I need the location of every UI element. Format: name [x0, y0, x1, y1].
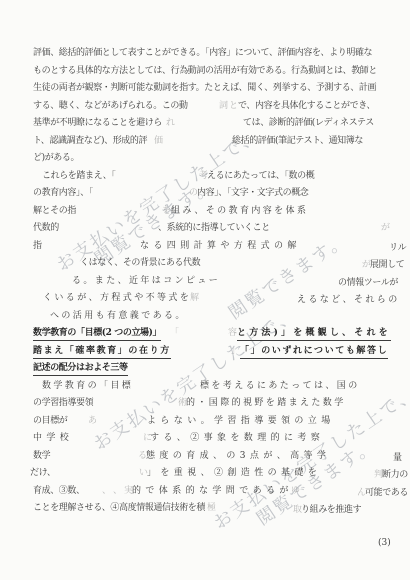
text-fragment: 育成、③数、	[33, 486, 85, 496]
text-fragment: ことを理解させる、④高度情報通信技術を積	[33, 503, 205, 513]
page-number: (3)	[378, 538, 391, 548]
text-fragment: 解	[190, 293, 199, 303]
text-fragment: えるなど、それらの	[297, 295, 400, 305]
text-fragment: ものとする具体的な方法としては、行為動詞の活用が有効である。行為動詞とは、教師と	[33, 66, 377, 76]
text-fragment: あ	[88, 416, 97, 426]
text-fragment: と	[229, 101, 238, 111]
text-fragment: 詞	[219, 101, 228, 111]
text-fragment: の情報ツールが	[338, 278, 398, 288]
text-fragment: 容	[228, 328, 237, 338]
text-fragment: の学習指導要領	[33, 398, 93, 408]
text-fragment: する、②事象を数理的に考察	[150, 433, 324, 443]
text-fragment: くはなく、その背景にある代数	[80, 258, 200, 268]
text-fragment: リル	[389, 243, 406, 253]
text-fragment: 総括的評価(筆記テスト、通知簿な	[232, 136, 363, 146]
text-fragment: り組みを推進す	[301, 505, 361, 515]
text-fragment: ど)がある。	[33, 153, 79, 163]
text-fragment: を	[162, 206, 171, 216]
heading-fragment: 数学教育の「目標(2 つの立場)」	[33, 328, 161, 341]
text-fragment: 態度の育成、の3点が、高等学	[146, 451, 330, 461]
text-fragment: 極	[207, 503, 216, 513]
text-fragment: への活用も有意義である。	[50, 311, 187, 321]
document-page: お支払いを完了した上で、閲覧できます。閲覧できます。お支払いを完了した上で、お支…	[0, 0, 410, 580]
heading-fragment: と方法)」を概観し、それを	[237, 328, 391, 341]
text-fragment: なる四則計算や方程式の解	[140, 241, 301, 251]
text-fragment: 的・国際的視野を踏まえた数学	[186, 398, 346, 408]
text-fragment: 展開して	[370, 260, 404, 270]
text-fragment: れ	[166, 118, 175, 128]
text-fragment: する、聴く、などがあげられる。この動	[33, 101, 188, 111]
text-fragment: 解とその指	[33, 206, 76, 216]
text-fragment: 中学校	[33, 433, 73, 443]
text-fragment: えるにあたっては、「数の概	[207, 171, 314, 181]
text-fragment: 」	[231, 346, 240, 356]
text-fragment: の目標が	[33, 416, 67, 426]
text-fragment: だけ、	[30, 468, 55, 478]
text-fragment: 「	[170, 328, 179, 338]
text-fragment: 価	[154, 136, 163, 146]
text-fragment: る。また、近年はコンピュー	[72, 276, 220, 286]
text-fragment: 指	[33, 241, 42, 251]
heading-fragment: 踏まえ「確率教育」の在り方	[33, 346, 171, 359]
text-fragment: 断力の	[382, 470, 408, 480]
heading-fragment: 「」のいずれについても解答し	[240, 346, 388, 359]
text-fragment: 、	[102, 486, 111, 496]
text-fragment: 基準が不明瞭になることを避けら	[33, 118, 162, 128]
text-fragment: 標を考えるにあたっては、国の	[200, 381, 360, 391]
heading-fragment: 記述の配分はおよそ三等	[33, 363, 128, 376]
text-fragment: 的で体系的な学問であるが	[132, 486, 293, 496]
text-fragment: くいるが、方程式や不等式を	[43, 293, 191, 303]
text-fragment: ト、認識調査など)、形成的評	[33, 136, 147, 146]
text-fragment: これらを踏まえ、「	[42, 171, 115, 181]
text-fragment: よらない。学習指導要領の立場	[147, 416, 335, 426]
text-fragment: 、系統的に指導していくこと	[158, 223, 270, 233]
text-fragment: 可能である	[365, 488, 408, 498]
text-fragment: 評価、総括的評価として表すことができる。「内容」について、評価内容を、より明確な	[33, 48, 372, 58]
text-fragment: ゆ	[291, 486, 300, 496]
text-fragment: 代数的	[33, 223, 59, 233]
text-fragment: 内容」、「文字・文字式の概念	[197, 188, 308, 198]
text-fragment: の教育内容」、「	[33, 188, 93, 198]
text-fragment: が	[381, 223, 390, 233]
text-fragment: ては、診断的評価(レディネステス	[243, 118, 374, 128]
text-fragment: 組み、その教育内容を体系	[171, 206, 308, 216]
text-fragment: 生徒の両者が観察・判断可能な動詞を指す。たとえば、聞く、列挙する、予測する、計画	[33, 83, 376, 93]
text-fragment: 量	[393, 453, 402, 463]
text-fragment: 、	[113, 486, 122, 496]
text-fragment: で、内容を具体化することができ、	[238, 101, 375, 111]
text-fragment: 数学	[33, 451, 50, 461]
text-fragment: 数学教育の「目標	[42, 381, 133, 391]
text-fragment: 」を重視、②創造性の基礎を	[147, 468, 321, 478]
